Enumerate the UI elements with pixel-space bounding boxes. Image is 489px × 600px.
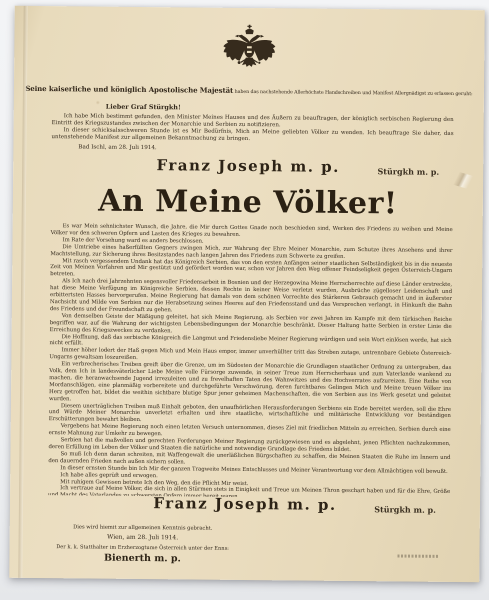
preamble-rest-text: haben das nachstehende Allerhöchste Hand… [235,90,473,97]
signature-row: Franz Joseph m. p. Stürgkh m. p. [13,152,483,183]
manifesto-title: An Meine Völker! [13,183,483,223]
handwriting-letter-block: Ich habe Mich bestimmt gefunden, den Min… [13,113,483,146]
museum-photo-background: { "document": { "crest_icon": "double-he… [0,0,489,600]
manifesto-paragraph: Als Ich nach drei Jahrzehnten segensvoll… [50,278,452,316]
closing-dateline: Wien, am 28. Juli 1914. [54,533,232,542]
signature-row-closing: Franz Joseph m. p. Stürgkh m. p. [10,490,480,525]
salutation: Lieber Graf Stürgkh! [106,103,484,115]
letter-paragraph: In dieser schicksalsschweren Stunde ist … [51,127,453,145]
closing-official-title: Der k. k. Statthalter im Erzherzogtume Ö… [54,544,232,552]
broadside-document: Seine kaiserliche und königlich Apostoli… [9,6,484,582]
preamble-line: Seine kaiserliche und königlich Apostoli… [14,84,484,98]
imperial-double-eagle-crest-icon [222,24,276,77]
preamble-majesty-text: Seine kaiserliche und königlich Apostoli… [25,84,233,95]
printer-imprint [397,554,439,557]
manifesto-paragraph: Ein verbrecherisches Treiben greift über… [49,361,451,406]
bienerth-signature: Bienerth m. p. [53,552,231,565]
stuergkh-signature: Stürgkh m. p. [374,504,436,515]
closing-notice: Dies wird hiemit zur allgemeinen Kenntni… [54,524,232,532]
official-promulgation-block: Dies wird hiemit zur allgemeinen Kenntni… [53,524,231,565]
stuergkh-signature: Stürgkh m. p. [377,166,439,177]
manifesto-body: Es war Mein sehnlichster Wunsch, die Jah… [10,223,483,499]
